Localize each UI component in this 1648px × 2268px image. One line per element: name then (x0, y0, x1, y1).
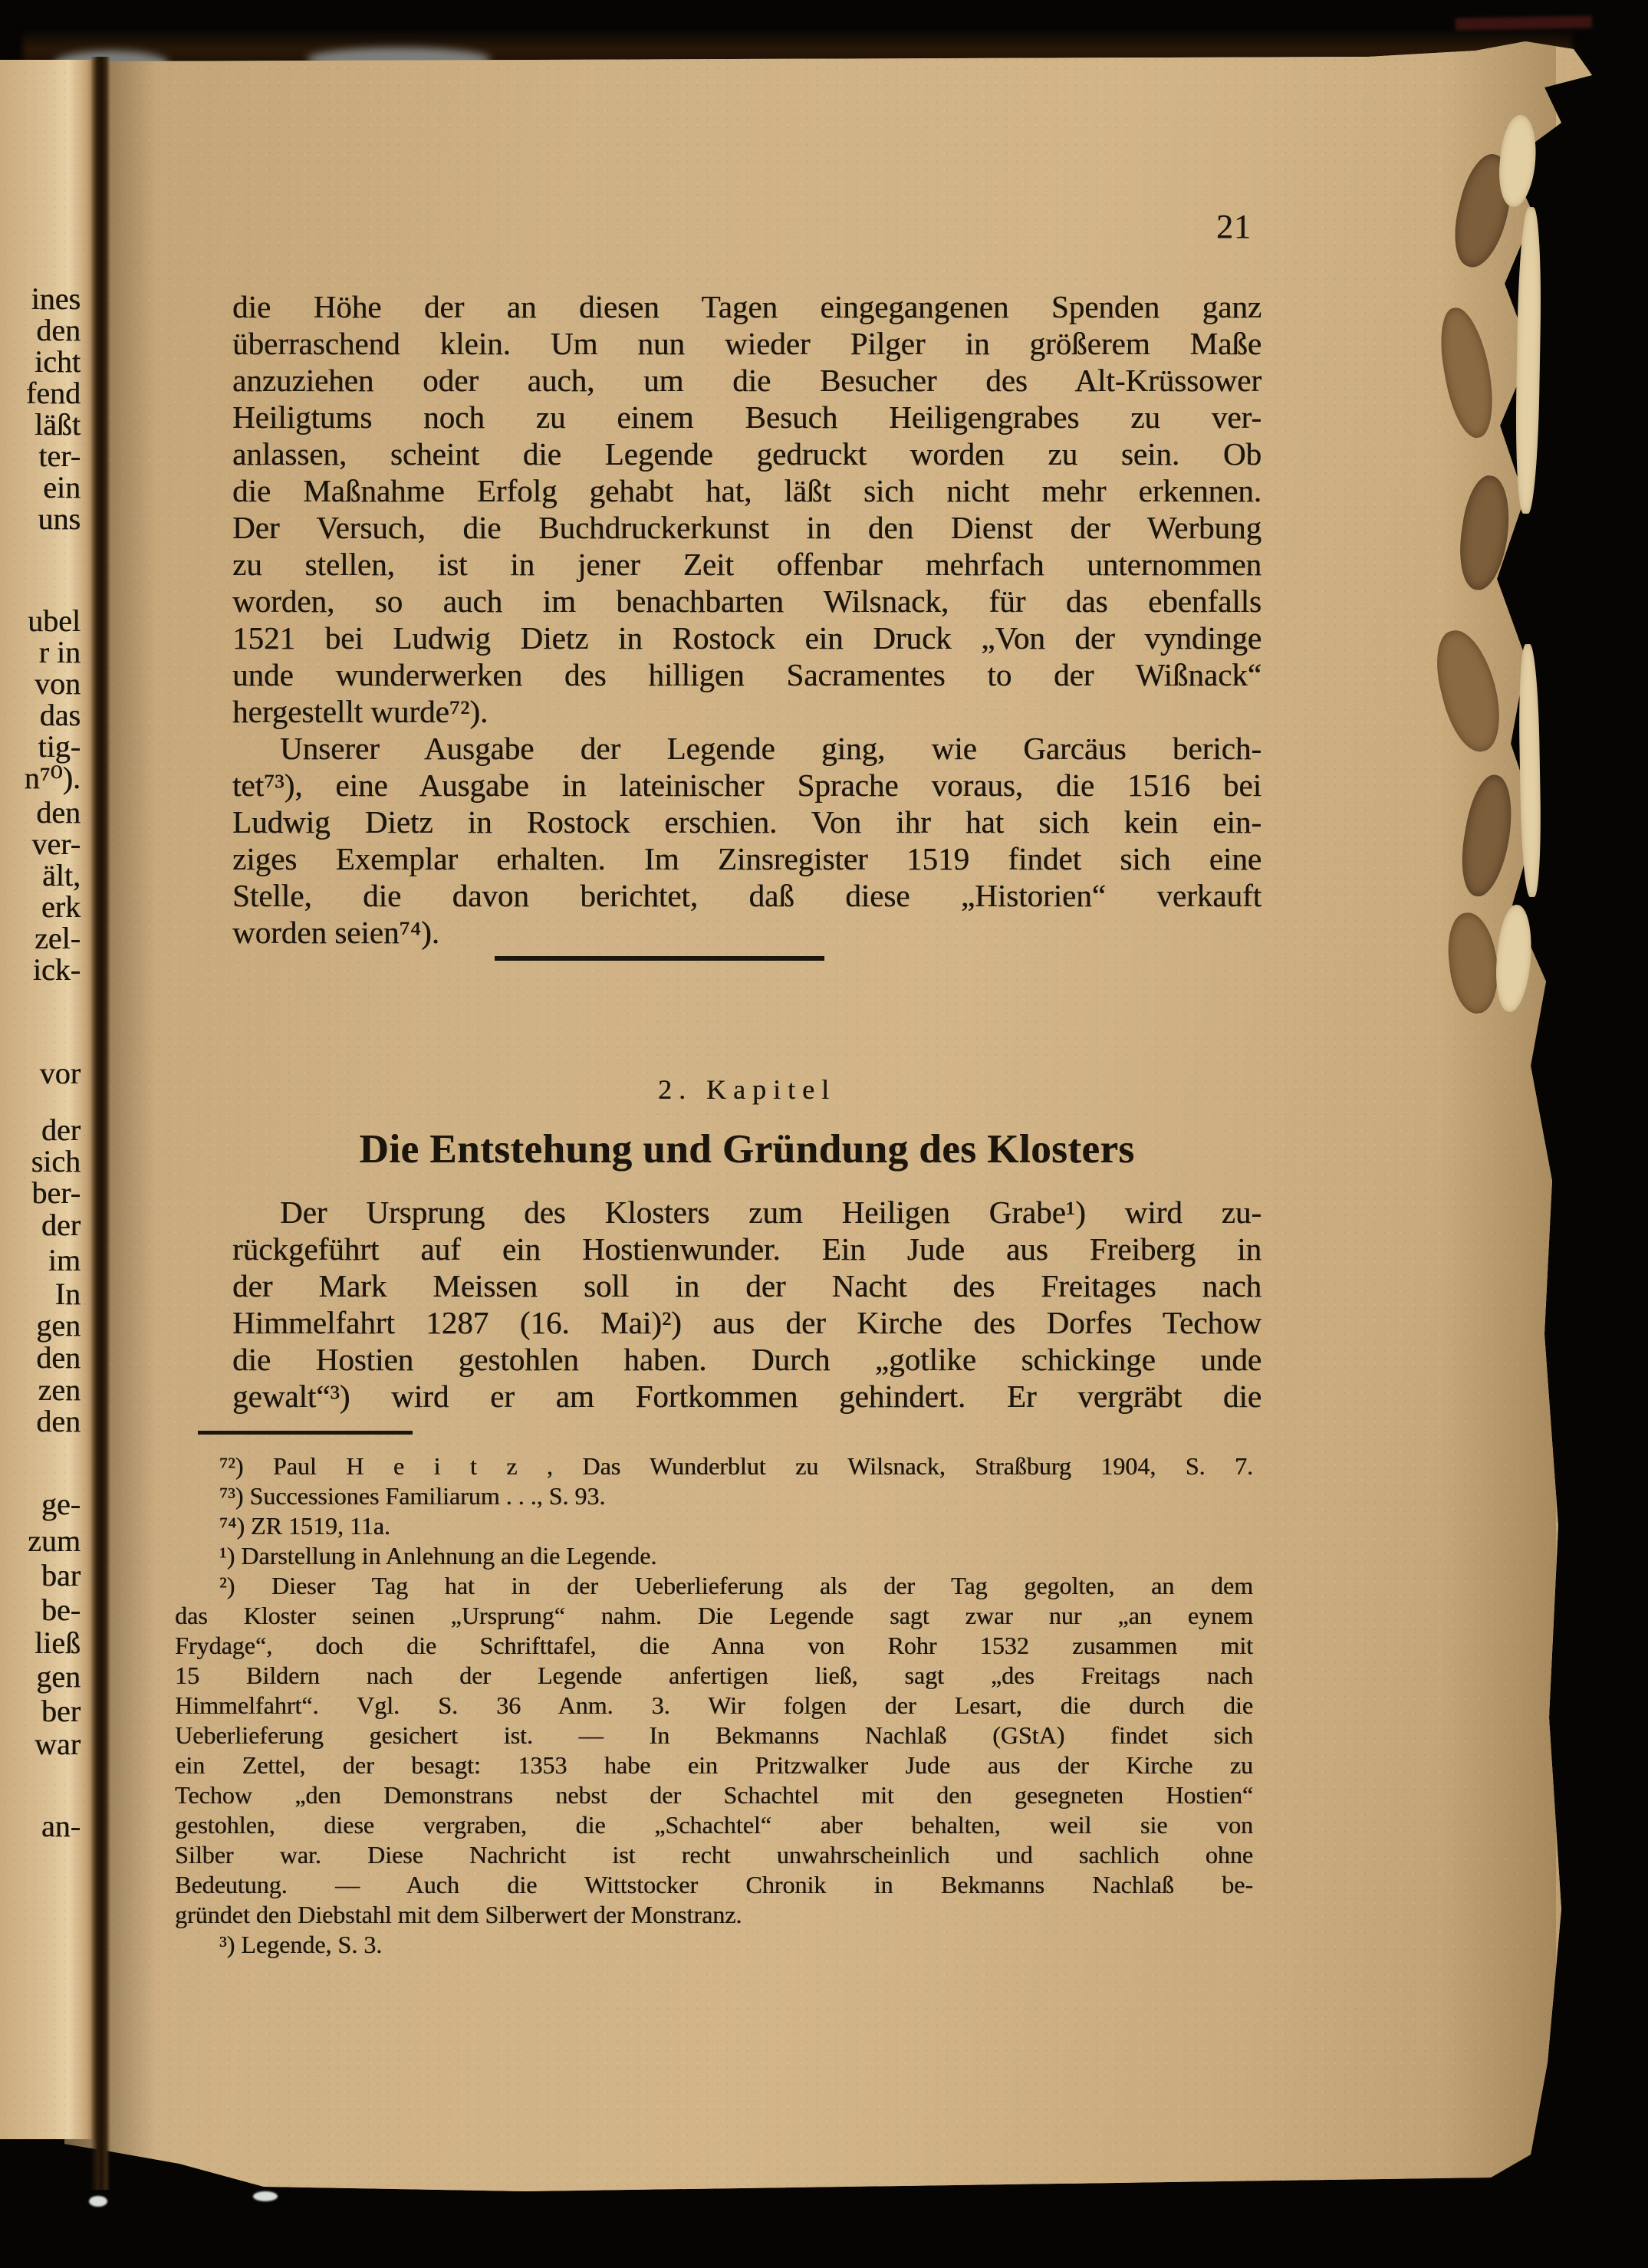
margin-fragment: ubel (28, 604, 81, 638)
margin-fragment: ge- (41, 1487, 81, 1521)
margin-fragment: ines (31, 282, 81, 316)
gutter-shadow (90, 57, 110, 2190)
text-line: anzuziehen oder auch, um die Besucher de… (232, 362, 1261, 399)
torn-chip (1518, 644, 1542, 897)
text-line: ²) Dieser Tag hat in der Ueberlieferung … (175, 1571, 1253, 1601)
text-line: die Hostien gestohlen haben. Durch „gotl… (232, 1341, 1261, 1378)
margin-fragment: gen (36, 1309, 81, 1343)
paragraph-1: die Höhe der an diesen Tagen eingegangen… (232, 288, 1261, 730)
text-line: Himmelfahrt 1287 (16. Mai)²) aus der Kir… (232, 1304, 1261, 1341)
margin-fragment: ter- (38, 439, 81, 473)
text-line: unde wunderwerken des hilligen Sacrament… (232, 656, 1261, 693)
text-line: Techow „den Demonstrans nebst der Schach… (175, 1780, 1253, 1810)
text-line: Frydage“, doch die Schrifttafel, die Ann… (175, 1631, 1253, 1661)
text-line: überraschend klein. Um nun wieder Pilger… (232, 325, 1261, 362)
margin-fragment: fend (26, 376, 81, 410)
margin-fragment: uns (38, 502, 81, 536)
text-line: gestohlen, diese vergraben, die „Schacht… (175, 1810, 1253, 1840)
text-line: der Mark Meissen soll in der Nacht des F… (232, 1267, 1261, 1304)
margin-fragment: ver- (31, 827, 81, 861)
text-line: worden seien⁷⁴). (232, 914, 1261, 951)
text-line: anlassen, scheint die Legende gedruckt w… (232, 436, 1261, 472)
text-line: hergestellt wurde⁷²). (232, 693, 1261, 730)
text-line: 15 Bildern nach der Legende anfertigen l… (175, 1661, 1253, 1691)
text-line: das Kloster seinen „Ursprung“ nahm. Die … (175, 1601, 1253, 1631)
margin-fragment: ält, (42, 859, 81, 892)
margin-fragment: gen (36, 1660, 81, 1694)
margin-fragment: ber (41, 1694, 81, 1728)
text-line: Ludwig Dietz in Rostock erschien. Von ih… (232, 804, 1261, 840)
torn-chip (1515, 207, 1543, 514)
margin-fragment: n⁷⁰). (25, 761, 81, 795)
text-line: tet⁷³), eine Ausgabe in lateinischer Spr… (232, 767, 1261, 804)
margin-fragment: r in (39, 636, 81, 669)
margin-fragment: be- (41, 1593, 81, 1627)
margin-fragment: den (36, 1405, 81, 1438)
margin-fragment: im (48, 1244, 81, 1277)
text-line: Ueberlieferung gesichert ist. — In Bekma… (175, 1721, 1253, 1750)
text-line: ⁷²) Paul H e i t z , Das Wunderblut zu W… (175, 1451, 1253, 1481)
footnotes: ⁷²) Paul H e i t z , Das Wunderblut zu W… (175, 1451, 1253, 1960)
torn-page-edge (1426, 46, 1595, 1073)
text-line: ⁷⁴) ZR 1519, 11a. (175, 1511, 1253, 1541)
text-line: ein Zettel, der besagt: 1353 habe ein Pr… (175, 1750, 1253, 1780)
text-line: Heiligtums noch zu einem Besuch Heiligen… (232, 399, 1261, 436)
margin-fragment: ein (43, 471, 81, 505)
margin-fragment: den (36, 314, 81, 347)
text-line: die Maßnahme Erfolg gehabt hat, läßt sic… (232, 472, 1261, 509)
margin-fragment: ließ (35, 1626, 81, 1660)
margin-fragment: zum (28, 1524, 81, 1558)
margin-fragment: der (41, 1208, 81, 1242)
torn-chip (1495, 113, 1540, 209)
text-line: Bedeutung. — Auch die Wittstocker Chroni… (175, 1870, 1253, 1900)
margin-fragment: zen (38, 1373, 81, 1407)
margin-fragment-column: inesdenichtfendläßtter-einunsubelr invon… (0, 0, 84, 2268)
text-line: zu stellen, ist in jener Zeit offenbar m… (232, 546, 1261, 583)
margin-fragment: der (41, 1113, 81, 1147)
margin-fragment: zel- (35, 922, 81, 955)
margin-fragment: ber- (31, 1176, 81, 1210)
scan-speck (253, 2191, 278, 2201)
page-number: 21 (1150, 210, 1252, 244)
margin-fragment: das (40, 698, 81, 732)
text-line: ziges Exemplar erhalten. Im Zinsregister… (232, 840, 1261, 877)
section-separator-rule (495, 956, 824, 961)
text-line: ¹) Darstellung in Anlehnung an die Legen… (175, 1541, 1253, 1571)
torn-chip (1454, 473, 1515, 593)
text-line: gründet den Diebstahl mit dem Silberwert… (175, 1900, 1253, 1930)
margin-fragment: bar (41, 1559, 81, 1593)
margin-fragment: war (35, 1727, 81, 1761)
text-line: Stelle, die davon berichtet, daß diese „… (232, 877, 1261, 914)
torn-chip (1434, 304, 1501, 441)
margin-fragment: den (36, 1341, 81, 1375)
margin-fragment: ick- (33, 953, 81, 987)
text-line: ⁷³) Successiones Familiarum . . ., S. 93… (175, 1481, 1253, 1511)
margin-fragment: vor (40, 1057, 81, 1090)
torn-chip (1444, 910, 1502, 1016)
torn-chip (1427, 624, 1509, 758)
text-line: Himmelfahrt“. Vgl. S. 36 Anm. 3. Wir fol… (175, 1691, 1253, 1721)
scan-speck (89, 2196, 107, 2207)
text-line: Der Ursprung des Klosters zum Heiligen G… (232, 1194, 1261, 1231)
margin-fragment: sich (31, 1145, 81, 1178)
footnote-rule (198, 1431, 413, 1435)
text-line: Der Versuch, die Buchdruckerkunst in den… (232, 509, 1261, 546)
margin-fragment: tig- (38, 730, 81, 764)
margin-fragment: läßt (35, 408, 81, 442)
text-line: Silber war. Diese Nachricht ist recht un… (175, 1840, 1253, 1870)
chapter-label: 2. Kapitel (232, 1073, 1261, 1106)
text-line: Unserer Ausgabe der Legende ging, wie Ga… (232, 730, 1261, 767)
torn-chip (1492, 903, 1535, 1013)
paragraph-3: Der Ursprung des Klosters zum Heiligen G… (232, 1194, 1261, 1415)
margin-fragment: In (55, 1277, 81, 1311)
text-line: die Höhe der an diesen Tagen eingegangen… (232, 288, 1261, 325)
margin-fragment: icht (35, 345, 81, 379)
text-line: rückgeführt auf ein Hostienwunder. Ein J… (232, 1231, 1261, 1267)
margin-fragment: an- (41, 1809, 81, 1843)
scan-background: { "page": { "number": "21", "kapitel_lab… (0, 0, 1648, 2268)
margin-fragment: von (35, 667, 81, 701)
margin-fragment: den (36, 796, 81, 830)
paragraph-2: Unserer Ausgabe der Legende ging, wie Ga… (232, 730, 1261, 951)
text-line: gewalt“³) wird er am Fortkommen gehinder… (232, 1378, 1261, 1415)
torn-chip (1455, 771, 1520, 900)
text-line: ³) Legende, S. 3. (175, 1930, 1253, 1960)
chapter-title: Die Entstehung und Gründung des Klosters (232, 1126, 1261, 1175)
text-line: worden, so auch im benachbarten Wilsnack… (232, 583, 1261, 620)
margin-fragment: erk (41, 890, 81, 924)
book-cover-edge (1456, 15, 1592, 30)
text-line: 1521 bei Ludwig Dietz in Rostock ein Dru… (232, 620, 1261, 656)
